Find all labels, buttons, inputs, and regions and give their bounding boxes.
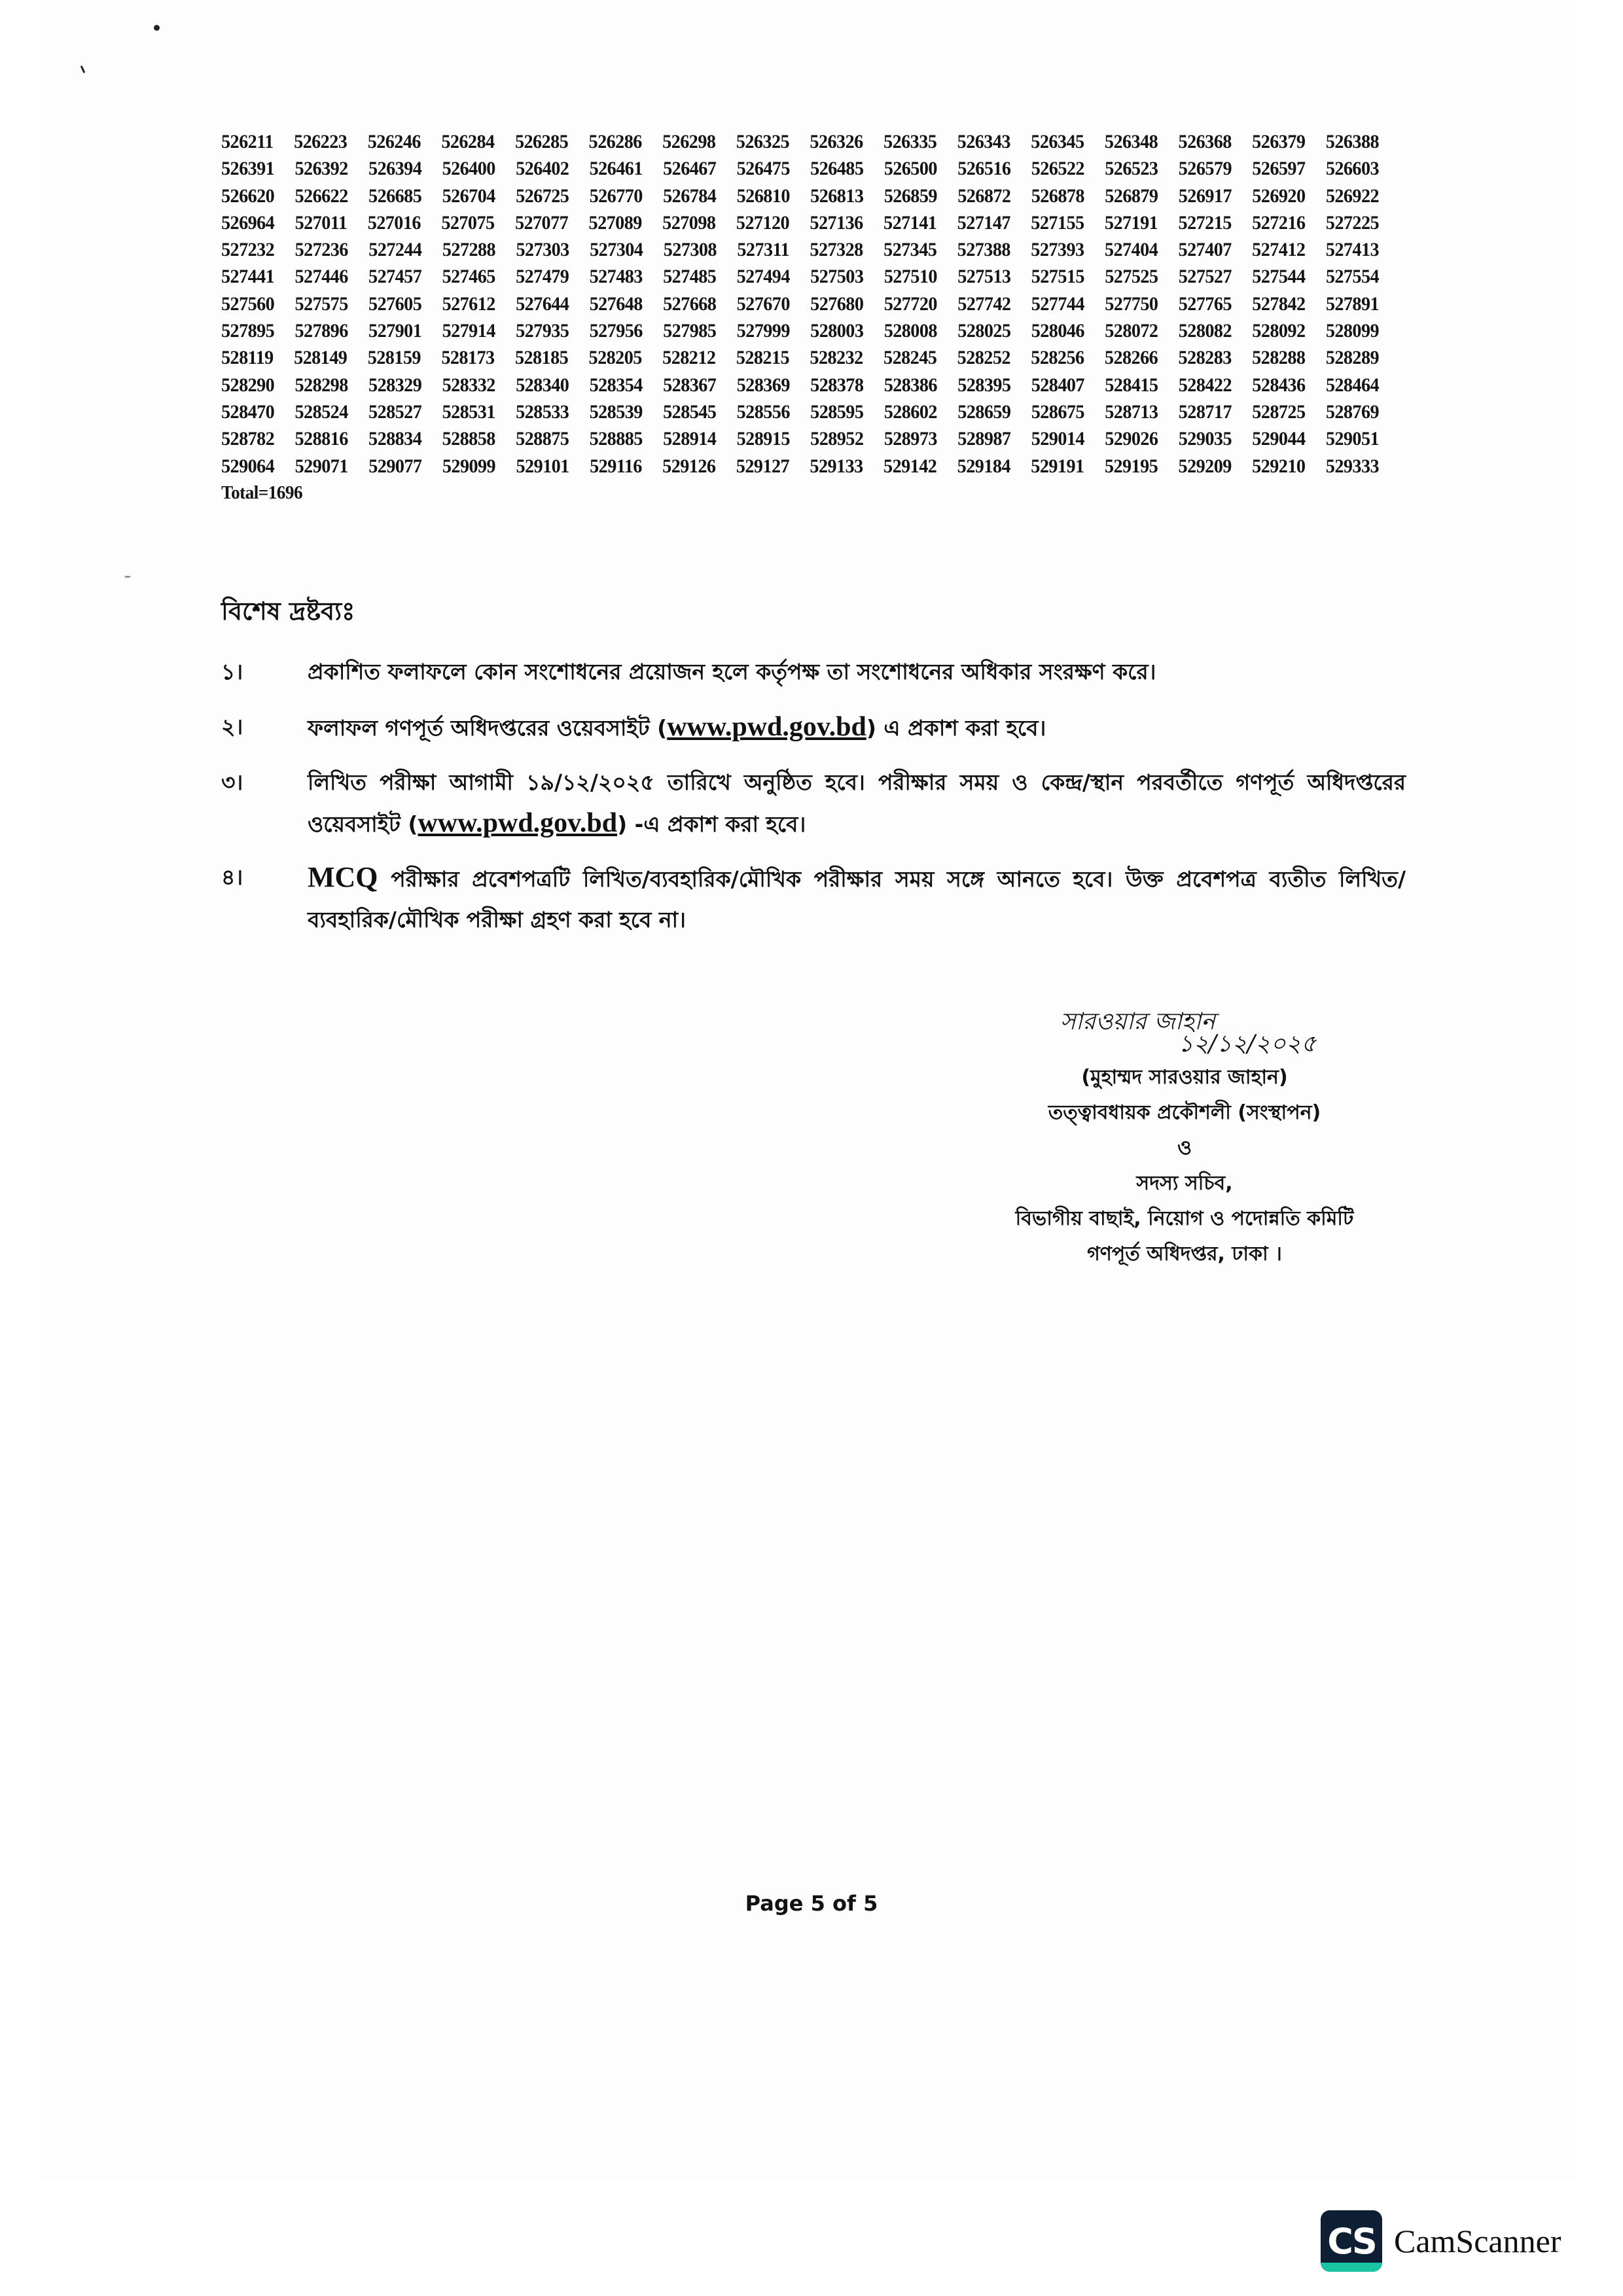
roll-number: 528072 <box>1105 317 1158 344</box>
scan-speck <box>154 25 160 31</box>
roll-row: 5290645290715290775290995291015291165291… <box>221 453 1379 480</box>
roll-number: 526872 <box>957 183 1010 209</box>
roll-number: 526964 <box>221 209 274 236</box>
roll-number: 527407 <box>1179 236 1232 263</box>
roll-number: 526810 <box>737 183 790 209</box>
roll-number: 527303 <box>516 236 569 263</box>
roll-number: 528025 <box>957 317 1010 344</box>
roll-number: 526516 <box>957 155 1010 182</box>
signatory-conjunction: ও <box>982 1131 1387 1166</box>
roll-number: 527465 <box>442 263 495 290</box>
roll-number: 527016 <box>368 209 421 236</box>
page-number: Page 5 of 5 <box>0 1891 1623 1916</box>
camscanner-name: CamScanner <box>1394 2222 1561 2260</box>
roll-number: 528212 <box>662 344 715 371</box>
roll-number: 526704 <box>442 183 495 209</box>
roll-number: 529026 <box>1105 425 1158 452</box>
roll-number: 526246 <box>368 128 421 155</box>
roll-number: 527308 <box>664 236 717 263</box>
roll-number: 526917 <box>1179 183 1232 209</box>
note-text: MCQ পরীক্ষার প্রবেশপত্রটি লিখিত/ব্যবহারি… <box>308 857 1406 940</box>
roll-number: 529333 <box>1326 453 1379 480</box>
roll-number: 527742 <box>957 291 1010 317</box>
roll-row: 5281195281495281595281735281855282055282… <box>221 344 1379 371</box>
roll-number: 528378 <box>810 372 863 398</box>
roll-number: 528256 <box>1031 344 1084 371</box>
roll-number: 527288 <box>442 236 495 263</box>
roll-number: 528082 <box>1179 317 1232 344</box>
roll-number: 527914 <box>442 317 495 344</box>
roll-number: 526391 <box>221 155 274 182</box>
roll-number: 526402 <box>516 155 569 182</box>
roll-number: 527388 <box>957 236 1010 263</box>
signatory-designation: তত্ত্বাবধায়ক প্রকৌশলী (সংস্থাপন) <box>982 1095 1387 1131</box>
roll-number: 528329 <box>368 372 421 398</box>
roll-number: 526770 <box>590 183 643 209</box>
roll-number: 526343 <box>957 128 1010 155</box>
roll-number: 529195 <box>1105 453 1158 480</box>
roll-number: 528725 <box>1252 398 1305 425</box>
roll-number: 527232 <box>221 236 274 263</box>
camscanner-logo-icon: CS <box>1321 2210 1382 2272</box>
roll-number: 527191 <box>1105 209 1158 236</box>
roll-number: 527648 <box>590 291 643 317</box>
roll-number: 527750 <box>1105 291 1158 317</box>
roll-number: 526348 <box>1105 128 1158 155</box>
roll-number: 528008 <box>884 317 937 344</box>
roll-number: 528952 <box>810 425 863 452</box>
roll-number: 526878 <box>1031 183 1084 209</box>
roll-number: 528834 <box>368 425 421 452</box>
roll-number: 527494 <box>737 263 790 290</box>
note-number: ৩। <box>221 762 274 803</box>
roll-number: 528675 <box>1031 398 1084 425</box>
camscanner-watermark: CS CamScanner <box>1321 2210 1561 2272</box>
roll-number: 528205 <box>589 344 642 371</box>
roll-number: 528159 <box>368 344 421 371</box>
roll-number: 527670 <box>737 291 790 317</box>
roll-number: 528713 <box>1105 398 1158 425</box>
roll-number: 528602 <box>884 398 937 425</box>
roll-number: 526597 <box>1252 155 1305 182</box>
roll-number: 526922 <box>1326 183 1379 209</box>
signatory-office: গণপূর্ত অধিদপ্তর, ঢাকা । <box>982 1237 1387 1272</box>
roll-row: 5262115262235262465262845262855262865262… <box>221 128 1379 155</box>
roll-number: 527215 <box>1179 209 1232 236</box>
roll-number: 526368 <box>1179 128 1232 155</box>
roll-number: 528556 <box>737 398 790 425</box>
roll-number: 527441 <box>221 263 274 290</box>
roll-number: 529210 <box>1252 453 1305 480</box>
roll-row: 5266205266225266855267045267255267705267… <box>221 183 1379 209</box>
roll-number: 528659 <box>957 398 1010 425</box>
roll-number: 528252 <box>957 344 1010 371</box>
roll-number: 527527 <box>1179 263 1232 290</box>
roll-number: 528046 <box>1031 317 1084 344</box>
roll-number: 528369 <box>737 372 790 398</box>
roll-number: 528914 <box>663 425 716 452</box>
roll-number: 529077 <box>368 453 421 480</box>
roll-number: 528289 <box>1326 344 1379 371</box>
roll-number: 526392 <box>295 155 348 182</box>
roll-number: 527413 <box>1326 236 1379 263</box>
roll-number: 527612 <box>442 291 495 317</box>
scan-speck <box>80 65 86 73</box>
roll-number: 526500 <box>884 155 937 182</box>
note-text: প্রকাশিত ফলাফলে কোন সংশোধনের প্রয়োজন হল… <box>308 652 1406 692</box>
pwd-website-link[interactable]: www.pwd.gov.bd <box>418 808 617 838</box>
roll-number-list: 5262115262235262465262845262855262865262… <box>221 128 1310 506</box>
roll-number: 528973 <box>884 425 937 452</box>
roll-row: 5284705285245285275285315285335285395285… <box>221 398 1379 425</box>
roll-number: 527956 <box>590 317 643 344</box>
roll-number: 527644 <box>516 291 569 317</box>
roll-number: 529051 <box>1326 425 1379 452</box>
roll-number: 529209 <box>1179 453 1232 480</box>
roll-number: 528595 <box>810 398 863 425</box>
roll-number: 528092 <box>1252 317 1305 344</box>
roll-number: 528545 <box>663 398 716 425</box>
roll-number: 528858 <box>442 425 495 452</box>
roll-number: 528386 <box>884 372 937 398</box>
roll-number: 526388 <box>1326 128 1379 155</box>
note-number: ২। <box>221 707 274 747</box>
roll-number: 528415 <box>1105 372 1158 398</box>
roll-number: 527895 <box>221 317 274 344</box>
roll-number: 528422 <box>1179 372 1232 398</box>
roll-number: 527483 <box>590 263 643 290</box>
roll-number: 527575 <box>295 291 348 317</box>
roll-number: 529064 <box>221 453 274 480</box>
roll-number: 527155 <box>1031 209 1084 236</box>
roll-number: 527668 <box>663 291 716 317</box>
roll-number: 526284 <box>441 128 494 155</box>
roll-number: 527554 <box>1326 263 1379 290</box>
roll-number: 527328 <box>810 236 863 263</box>
roll-number: 527544 <box>1252 263 1305 290</box>
roll-number: 527515 <box>1031 263 1084 290</box>
roll-number: 527513 <box>957 263 1010 290</box>
roll-number: 527744 <box>1031 291 1084 317</box>
roll-number: 527525 <box>1105 263 1158 290</box>
roll-number: 528099 <box>1326 317 1379 344</box>
roll-number: 529099 <box>442 453 495 480</box>
roll-number: 527560 <box>221 291 274 317</box>
roll-number: 527457 <box>368 263 421 290</box>
roll-number: 526223 <box>294 128 347 155</box>
roll-number: 527765 <box>1179 291 1232 317</box>
roll-number: 527345 <box>883 236 936 263</box>
roll-number: 528354 <box>590 372 643 398</box>
roll-number: 526879 <box>1105 183 1158 209</box>
roll-number: 528367 <box>663 372 716 398</box>
roll-number: 529116 <box>590 453 642 480</box>
roll-number: 529126 <box>662 453 715 480</box>
roll-number: 527891 <box>1326 291 1379 317</box>
roll-number: 528173 <box>441 344 494 371</box>
roll-number: 527011 <box>295 209 348 236</box>
roll-number: 527842 <box>1252 291 1305 317</box>
roll-number: 527510 <box>884 263 937 290</box>
signatory-role: সদস্য সচিব, <box>982 1166 1387 1201</box>
roll-number: 526379 <box>1252 128 1305 155</box>
roll-row: 5274415274465274575274655274795274835274… <box>221 263 1379 290</box>
roll-number: 526784 <box>663 183 716 209</box>
roll-number: 527485 <box>663 263 716 290</box>
roll-number: 528524 <box>295 398 348 425</box>
roll-number: 527412 <box>1252 236 1305 263</box>
roll-number: 527720 <box>884 291 937 317</box>
roll-number: 527141 <box>883 209 936 236</box>
roll-number: 528782 <box>221 425 274 452</box>
roll-row: 5269645270115270165270755270775270895270… <box>221 209 1379 236</box>
handwritten-signature: সারওয়ার জাহান ১২/১২/২০২৫ <box>982 1011 1387 1060</box>
roll-number: 527147 <box>957 209 1010 236</box>
roll-number: 528149 <box>294 344 347 371</box>
roll-number: 529184 <box>957 453 1010 480</box>
roll-number: 527393 <box>1031 236 1084 263</box>
roll-number: 528332 <box>442 372 495 398</box>
note-text: লিখিত পরীক্ষা আগামী ১৯/১২/২০২৫ তারিখে অন… <box>308 762 1406 845</box>
roll-number: 529142 <box>883 453 936 480</box>
roll-number: 527999 <box>737 317 790 344</box>
roll-number: 528875 <box>516 425 569 452</box>
pwd-website-link[interactable]: www.pwd.gov.bd <box>667 712 866 742</box>
roll-number: 527479 <box>516 263 569 290</box>
roll-number: 526485 <box>810 155 863 182</box>
roll-number: 528769 <box>1326 398 1379 425</box>
roll-number: 529133 <box>810 453 863 480</box>
roll-number: 526326 <box>810 128 863 155</box>
roll-number: 528395 <box>957 372 1010 398</box>
roll-number: 526579 <box>1179 155 1232 182</box>
roll-number: 527404 <box>1105 236 1158 263</box>
roll-row: 5282905282985283295283325283405283545283… <box>221 372 1379 398</box>
roll-number: 527236 <box>295 236 348 263</box>
roll-number: 528816 <box>295 425 348 452</box>
roll-number: 527503 <box>810 263 863 290</box>
roll-row: 5287825288165288345288585288755288855289… <box>221 425 1379 452</box>
roll-number: 526859 <box>884 183 937 209</box>
roll-number: 529071 <box>295 453 348 480</box>
roll-number: 526475 <box>737 155 790 182</box>
roll-number: 526725 <box>516 183 569 209</box>
roll-number: 526345 <box>1031 128 1084 155</box>
roll-number: 527136 <box>810 209 863 236</box>
signature-block: সারওয়ার জাহান ১২/১২/২০২৫ (মুহাম্মদ সারও… <box>982 1011 1387 1272</box>
roll-row: 5263915263925263945264005264025264615264… <box>221 155 1379 182</box>
roll-number: 528003 <box>810 317 863 344</box>
roll-number: 526523 <box>1105 155 1158 182</box>
roll-number: 527077 <box>515 209 568 236</box>
roll-number: 528245 <box>883 344 936 371</box>
roll-number: 528464 <box>1326 372 1379 398</box>
roll-number: 527098 <box>662 209 715 236</box>
roll-number: 527089 <box>589 209 642 236</box>
roll-row: 5275605275755276055276125276445276485276… <box>221 291 1379 317</box>
roll-number: 528527 <box>368 398 421 425</box>
roll-number: 528470 <box>221 398 274 425</box>
roll-number: 528298 <box>295 372 348 398</box>
roll-number: 528915 <box>737 425 790 452</box>
roll-number: 526920 <box>1252 183 1305 209</box>
roll-number: 527985 <box>663 317 716 344</box>
roll-number: 526685 <box>368 183 421 209</box>
roll-number: 528533 <box>516 398 569 425</box>
roll-row: 5278955278965279015279145279355279565279… <box>221 317 1379 344</box>
signatory-committee: বিভাগীয় বাছাই, নিয়োগ ও পদোন্নতি কমিটি <box>982 1201 1387 1237</box>
roll-number: 526467 <box>663 155 716 182</box>
roll-number: 529035 <box>1179 425 1232 452</box>
roll-number: 527901 <box>368 317 421 344</box>
roll-number: 527216 <box>1252 209 1305 236</box>
roll-number: 528436 <box>1252 372 1305 398</box>
total-count: Total=1696 <box>221 480 1310 506</box>
roll-number: 527304 <box>590 236 643 263</box>
roll-number: 526335 <box>883 128 936 155</box>
roll-number: 527075 <box>441 209 494 236</box>
roll-number: 528290 <box>221 372 274 398</box>
roll-number: 526620 <box>221 183 274 209</box>
roll-row: 5272325272365272445272885273035273045273… <box>221 236 1379 263</box>
roll-number: 528283 <box>1179 344 1232 371</box>
scan-speck <box>124 576 131 578</box>
roll-number: 526622 <box>295 183 348 209</box>
roll-number: 528266 <box>1105 344 1158 371</box>
roll-number: 529127 <box>736 453 789 480</box>
roll-number: 528340 <box>516 372 569 398</box>
roll-number: 526400 <box>442 155 495 182</box>
roll-number: 527896 <box>295 317 348 344</box>
roll-number: 526285 <box>515 128 568 155</box>
roll-number: 528288 <box>1252 344 1305 371</box>
note-text: ফলাফল গণপূর্ত অধিদপ্তরের ওয়েবসাইট (www.… <box>308 707 1406 749</box>
signatory-name: (মুহাম্মদ সারওয়ার জাহান) <box>982 1060 1387 1095</box>
roll-number: 526286 <box>589 128 642 155</box>
roll-number: 527120 <box>736 209 789 236</box>
roll-number: 527605 <box>368 291 421 317</box>
roll-number: 528185 <box>515 344 568 371</box>
roll-number: 528539 <box>590 398 643 425</box>
roll-number: 527244 <box>368 236 421 263</box>
roll-number: 526211 <box>221 128 274 155</box>
roll-number: 526603 <box>1326 155 1379 182</box>
roll-number: 527311 <box>737 236 789 263</box>
roll-number: 529101 <box>516 453 569 480</box>
roll-number: 526461 <box>590 155 643 182</box>
roll-number: 529044 <box>1252 425 1305 452</box>
roll-number: 526298 <box>662 128 715 155</box>
notes-title: বিশেষ দ্রষ্টব্যঃ <box>221 592 355 634</box>
roll-number: 528215 <box>736 344 789 371</box>
roll-number: 527225 <box>1326 209 1379 236</box>
roll-number: 529191 <box>1031 453 1084 480</box>
roll-number: 528717 <box>1179 398 1232 425</box>
roll-number: 528531 <box>442 398 495 425</box>
roll-number: 526522 <box>1031 155 1084 182</box>
roll-number: 528407 <box>1031 372 1084 398</box>
roll-number: 528232 <box>810 344 863 371</box>
roll-number: 528987 <box>957 425 1010 452</box>
roll-number: 528119 <box>221 344 274 371</box>
roll-number: 526813 <box>810 183 863 209</box>
roll-number: 529014 <box>1031 425 1084 452</box>
roll-number: 527446 <box>295 263 348 290</box>
roll-number: 527935 <box>516 317 569 344</box>
roll-number: 526394 <box>368 155 421 182</box>
roll-number: 527680 <box>810 291 863 317</box>
note-number: ১। <box>221 652 274 692</box>
roll-number: 528885 <box>590 425 643 452</box>
note-number: ৪। <box>221 857 274 898</box>
roll-number: 526325 <box>736 128 789 155</box>
